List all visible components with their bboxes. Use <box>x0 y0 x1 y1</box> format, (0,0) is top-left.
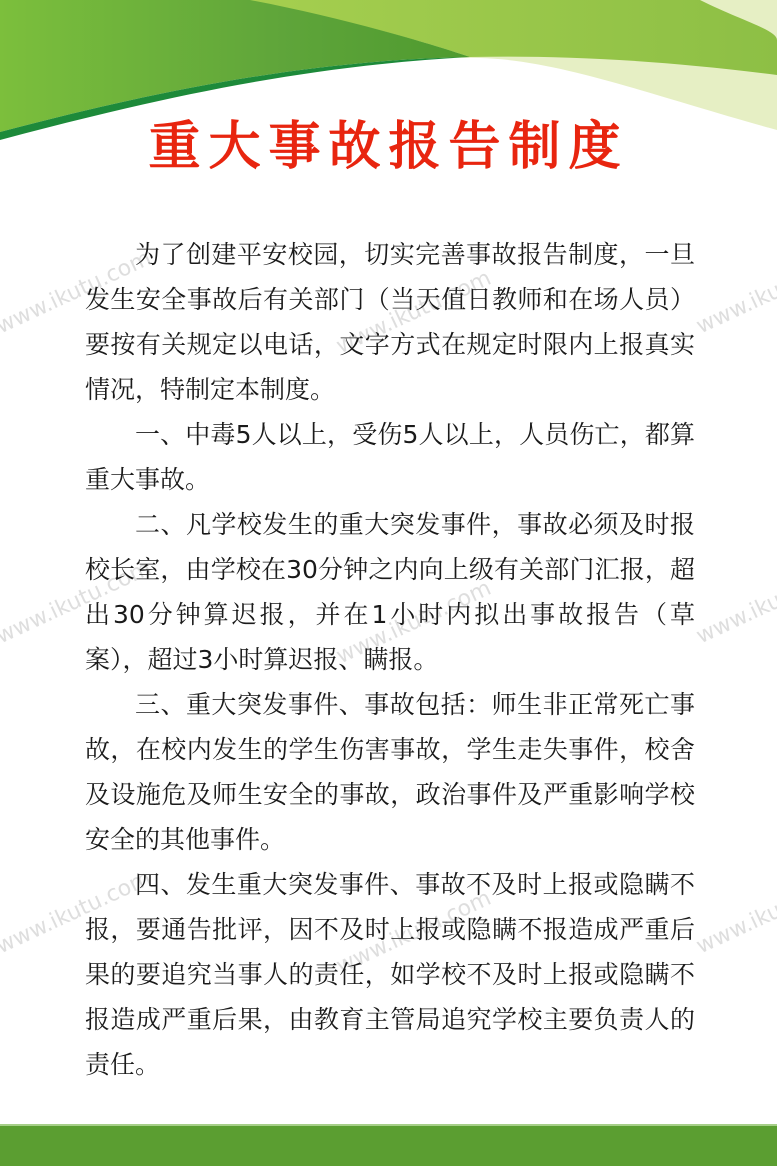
watermark: www.ikutu.com <box>693 556 777 649</box>
rule-4-paragraph: 四、发生重大突发事件、事故不及时上报或隐瞒不报，要通告批评，因不及时上报或隐瞒不… <box>85 862 695 1087</box>
poster-title: 重大事故报告制度 <box>0 112 777 182</box>
rule-3-paragraph: 三、重大突发事件、事故包括：师生非正常死亡事故，在校内发生的学生伤害事故，学生走… <box>85 682 695 862</box>
intro-paragraph: 为了创建平安校园，切实完善事故报告制度，一旦发生安全事故后有关部门（当天值日教师… <box>85 232 695 412</box>
poster-body: 为了创建平安校园，切实完善事故报告制度，一旦发生安全事故后有关部门（当天值日教师… <box>85 232 695 1087</box>
rule-2-paragraph: 二、凡学校发生的重大突发事件，事故必须及时报校长室，由学校在30分钟之内向上级有… <box>85 502 695 682</box>
watermark: www.ikutu.com <box>693 246 777 339</box>
rule-1-paragraph: 一、中毒5人以上，受伤5人以上，人员伤亡，都算重大事故。 <box>85 412 695 502</box>
footer-green-bar <box>0 1124 777 1166</box>
watermark: www.ikutu.com <box>693 866 777 959</box>
